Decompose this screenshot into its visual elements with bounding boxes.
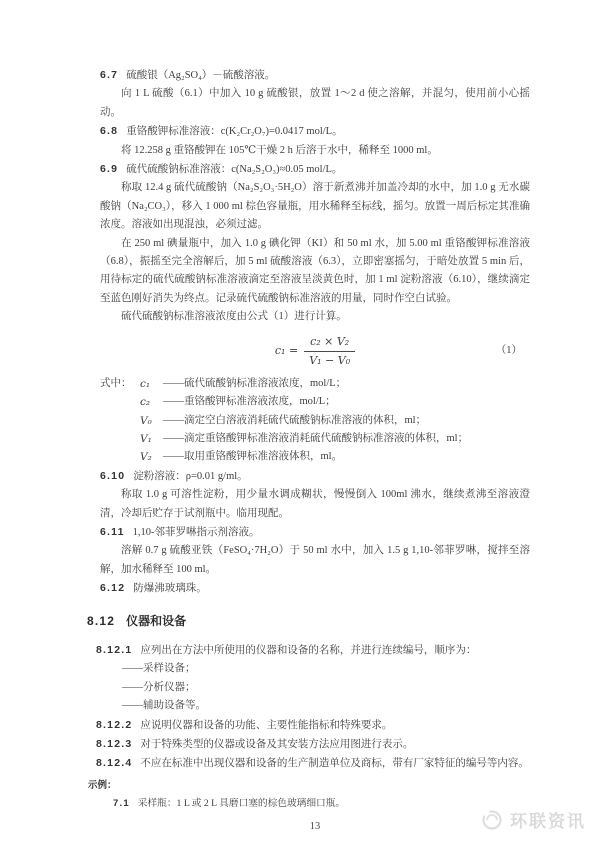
page-number: 13: [100, 818, 530, 836]
clause-8-12-4: 8.12.4不应在标准中出现仪器和设备的生产制造单位及商标，带有厂家特征的编号等…: [96, 754, 530, 773]
variable-description: ——滴定重铬酸钾标准溶液消耗硫代硫酸钠标准溶液的体积，ml；: [163, 430, 530, 448]
clause-8-12-2: 8.12.2应说明仪器和设备的功能、主要性能指标和特殊要求。: [96, 716, 530, 735]
clause-6-10: 6.10淀粉溶液：ρ=0.01 g/ml。: [100, 467, 530, 486]
clause-text: 应列出在方法中所使用的仪器和设备的名称，并进行连续编号，顺序为：: [140, 645, 476, 656]
clause-title: 防爆沸玻璃珠。: [133, 583, 207, 594]
variable-symbol: c₂: [140, 393, 163, 411]
variable-definition: V₀ ——滴定空白溶液消耗硫代硫酸钠标准溶液的体积，ml；: [100, 412, 530, 430]
clause-text: 不应在标准中出现仪器和设备的生产制造单位及商标，带有厂家特征的编号等内容。: [140, 758, 529, 769]
paragraph: 将 12.258 g 重铬酸钾在 105℃干燥 2 h 后溶于水中，稀释至 10…: [100, 142, 530, 160]
heading-title: 仪器和设备: [126, 614, 186, 628]
clause-6-9: 6.9硫代硫酸钠标准溶液：c(Na₂S₂O₃)≈0.05 mol/L。: [100, 160, 530, 179]
paragraph: 向 1 L 硫酸（6.1）中加入 10 g 硫酸银，放置 1～2 d 使之溶解，…: [100, 85, 530, 122]
clause-number: 8.12.2: [96, 719, 132, 731]
list-item: ——分析仪器；: [122, 679, 530, 697]
clause-text: 对于特殊类型的仪器或设备及其安装方法应用图进行表示。: [140, 739, 413, 750]
variable-description: ——滴定空白溶液消耗硫代硫酸钠标准溶液的体积，ml；: [163, 412, 530, 430]
equation-fraction: c₂ × V₂ V₁ − V₀: [304, 335, 355, 368]
clause-title: 硫酸银（Ag₂SO₄）－硫酸溶液。: [126, 70, 275, 81]
variable-description: ——硫代硫酸钠标准溶液浓度，mol/L；: [163, 375, 530, 393]
page-content: 6.7硫酸银（Ag₂SO₄）－硫酸溶液。 向 1 L 硫酸（6.1）中加入 10…: [100, 66, 530, 836]
variable-definition: V₂ ——取用重铬酸钾标准溶液体积，ml。: [100, 448, 530, 466]
clause-6-12: 6.12防爆沸玻璃珠。: [100, 579, 530, 598]
clause-number: 6.10: [100, 470, 125, 482]
clause-title: 硫代硫酸钠标准溶液：c(Na₂S₂O₃)≈0.05 mol/L。: [126, 164, 342, 175]
clause-title: 淀粉溶液：ρ=0.01 g/ml。: [133, 471, 247, 482]
clause-6-11: 6.111,10-邻菲罗啉指示剂溶液。: [100, 523, 530, 542]
clause-number: 7.1: [113, 798, 130, 809]
example-clause-7-1: 7.1采样瓶：1 L 或 2 L 具磨口塞的棕色玻璃细口瓶。: [113, 795, 530, 812]
clause-text: 采样瓶：1 L 或 2 L 具磨口塞的棕色玻璃细口瓶。: [138, 798, 345, 809]
variable-symbol: V₀: [140, 412, 163, 430]
clause-6-7: 6.7硫酸银（Ag₂SO₄）－硫酸溶液。: [100, 66, 530, 85]
paragraph: 在 250 ml 碘量瓶中，加入 1.0 g 碘化钾（KI）和 50 ml 水，…: [100, 235, 530, 309]
paragraph: 硫代硫酸钠标准溶液浓度由公式（1）进行计算。: [100, 308, 530, 326]
clause-title: 1,10-邻菲罗啉指示剂溶液。: [133, 527, 260, 538]
equation-lhs: c₁ =: [275, 344, 298, 358]
clause-number: 8.12.3: [96, 738, 132, 750]
vars-intro-label: 式中：: [100, 375, 140, 393]
fraction-denominator: V₁ − V₀: [304, 352, 355, 368]
clause-number: 6.11: [100, 526, 125, 538]
clause-8-12-1: 8.12.1应列出在方法中所使用的仪器和设备的名称，并进行连续编号，顺序为：: [96, 641, 530, 660]
equation-1: c₁ = c₂ × V₂ V₁ − V₀ （1）: [100, 335, 530, 368]
clause-text: 应说明仪器和设备的功能、主要性能指标和特殊要求。: [140, 720, 392, 731]
paragraph: 溶解 0.7 g 硫酸亚铁（FeSO₄·7H₂O）于 50 ml 水中，加入 1…: [100, 542, 530, 579]
watermark-text: 环联资讯: [510, 807, 586, 832]
equation-number: （1）: [496, 342, 522, 360]
equation-expression: c₁ = c₂ × V₂ V₁ − V₀: [275, 335, 355, 368]
variable-symbol: V₁: [140, 430, 163, 448]
clause-number: 8.12.1: [96, 644, 132, 656]
variable-description: ——重铬酸钾标准溶液浓度，mol/L；: [163, 393, 530, 411]
example-label: 示例：: [88, 778, 530, 794]
heading-number: 8.12: [87, 614, 115, 628]
clause-number: 6.12: [100, 582, 125, 594]
variable-symbol: c₁: [140, 375, 163, 393]
huanlian-logo-icon: [481, 809, 503, 831]
variable-definition: V₁ ——滴定重铬酸钾标准溶液消耗硫代硫酸钠标准溶液的体积，ml；: [100, 430, 530, 448]
paragraph: 称取 12.4 g 硫代硫酸钠（Na₂S₂O₃·5H₂O）溶于新煮沸并加盖冷却的…: [100, 179, 530, 234]
fraction-numerator: c₂ × V₂: [304, 335, 355, 352]
variable-symbol: V₂: [140, 448, 163, 466]
clause-8-12-3: 8.12.3对于特殊类型的仪器或设备及其安装方法应用图进行表示。: [96, 735, 530, 754]
clause-number: 6.9: [100, 163, 118, 175]
clause-6-8: 6.8重铬酸钾标准溶液：c(K₂Cr₂O₇)=0.0417 mol/L。: [100, 122, 530, 141]
variable-definition: c₂ ——重铬酸钾标准溶液浓度，mol/L；: [100, 393, 530, 411]
list-item: ——采样设备；: [122, 660, 530, 678]
clause-title: 重铬酸钾标准溶液：c(K₂Cr₂O₇)=0.0417 mol/L。: [126, 126, 342, 137]
clause-number: 6.7: [100, 69, 118, 81]
clause-number: 8.12.4: [96, 757, 132, 769]
variable-description: ——取用重铬酸钾标准溶液体积，ml。: [163, 448, 530, 466]
section-heading-8-12: 8.12仪器和设备: [87, 612, 530, 630]
list-item: ——辅助设备等。: [122, 697, 530, 715]
paragraph: 称取 1.0 g 可溶性淀粉，用少量水调成糊状，慢慢倒入 100ml 沸水，继续…: [100, 486, 530, 523]
variable-definition: 式中： c₁ ——硫代硫酸钠标准溶液浓度，mol/L；: [100, 375, 530, 393]
watermark: 环联资讯: [481, 807, 586, 832]
clause-number: 6.8: [100, 125, 118, 137]
